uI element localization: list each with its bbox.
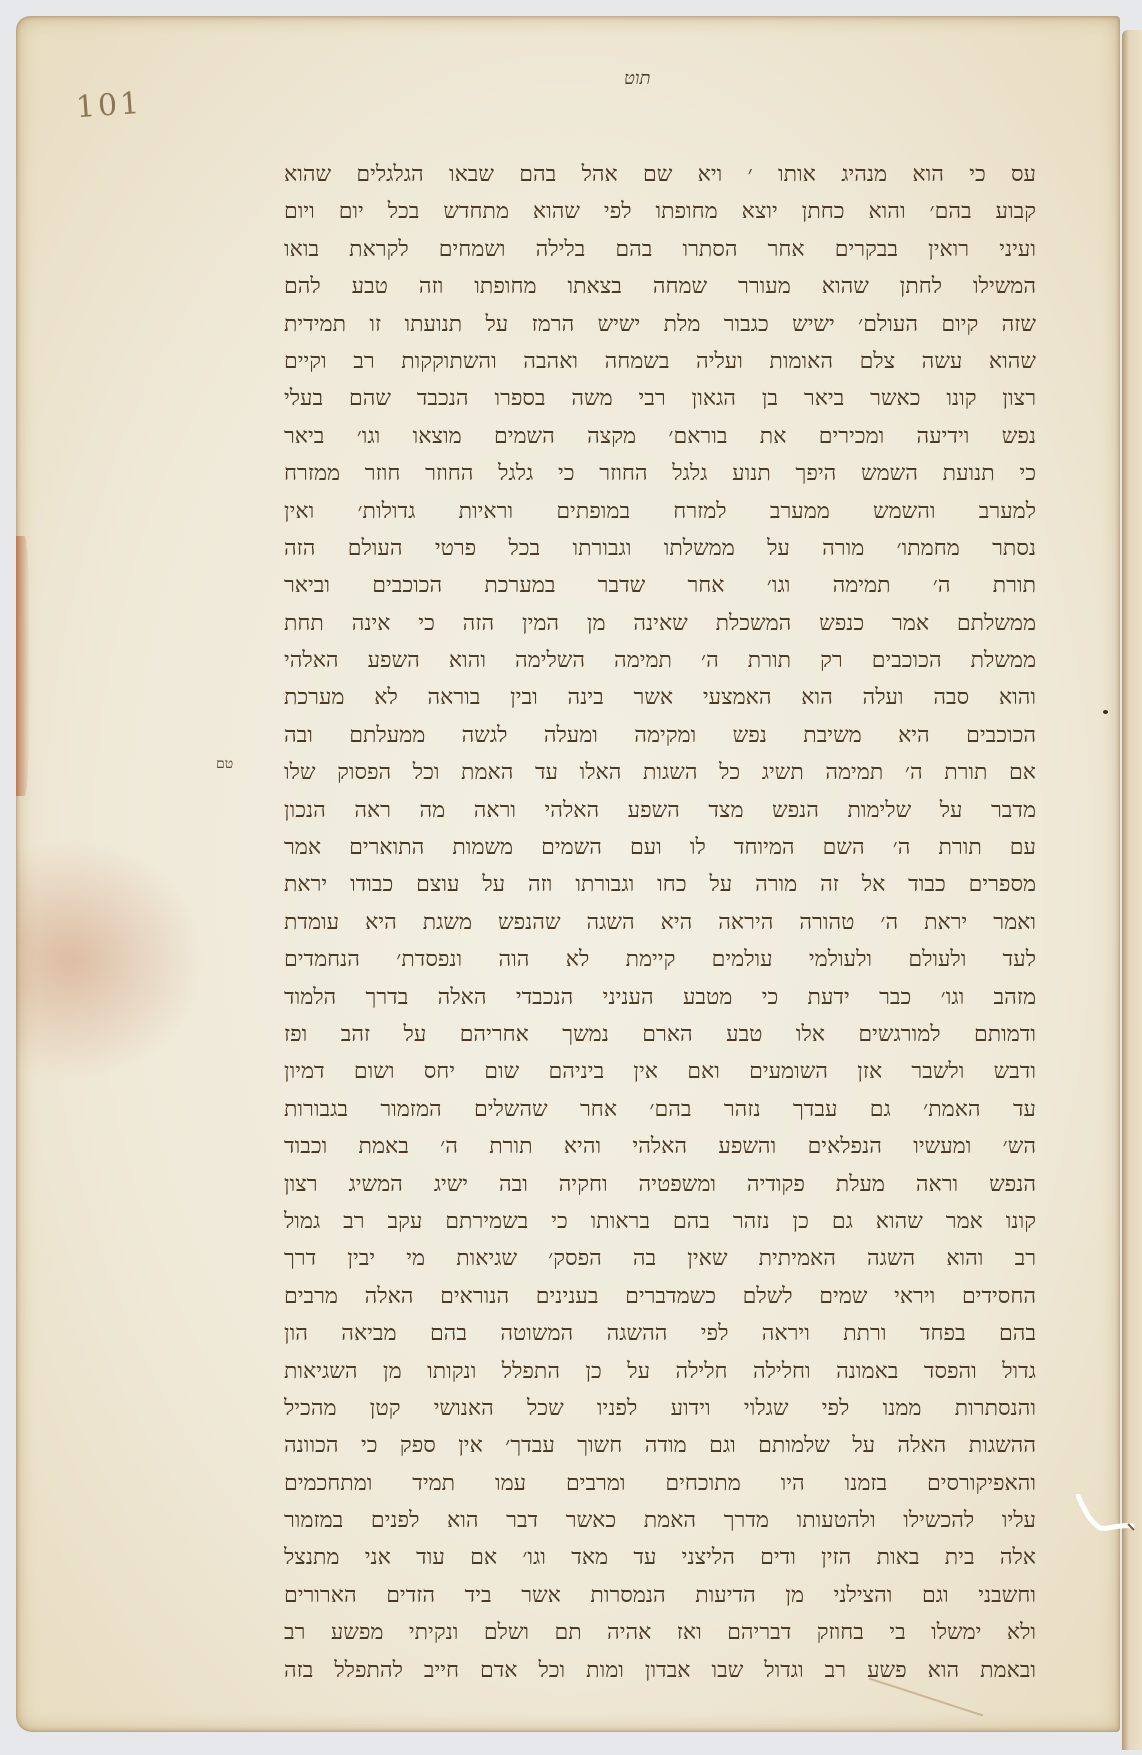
manuscript-line: ממשלתם אמר כנפש המשכלת שאינה מן המין הזה… <box>284 605 1036 642</box>
manuscript-line: קונו אמר שהוא גם כן נזהר בהם בראותו כי ב… <box>284 1203 1036 1240</box>
manuscript-line: עס כי הוא מנהיג אותו ׳ ויא שם אהל בהם שב… <box>284 156 1036 193</box>
manuscript-line: מזהב וגו׳ כבר ידעת כי מטבע העניני הנכבדי… <box>284 979 1036 1016</box>
manuscript-line: עד האמת׳ גם עבדך נזהר בהם׳ אחר שהשלים המ… <box>284 1091 1036 1128</box>
manuscript-scan: 101 תוט טם עס כי הוא מנהיג אותו ׳ ויא שם… <box>0 0 1142 1755</box>
manuscript-line: נסתר מחמתו׳ מורה על ממשלתו וגבורתו בכל פ… <box>284 530 1036 567</box>
manuscript-line: נפש וידיעה ומכירים את בוראם׳ מקצה השמים … <box>284 418 1036 455</box>
manuscript-line: ועיני רואין בבקרים אחר הסתרו בהם בלילה ו… <box>284 231 1036 268</box>
manuscript-line: וחשבני וגם והצילני מן הדיעות הנמסרות אשר… <box>284 1577 1036 1614</box>
margin-ink-dot <box>1103 710 1108 714</box>
manuscript-line: קבוע בהם׳ והוא כחתן יוצא מחופתו לפי שהוא… <box>284 193 1036 230</box>
manuscript-line: אם תורת ה׳ תמימה תשיג כל השגות האלו עד ה… <box>284 754 1036 791</box>
binding-thread-icon <box>1076 1494 1136 1544</box>
manuscript-line: הש׳ ומעשיו הנפלאים והשפע האלהי והיא תורת… <box>284 1128 1036 1165</box>
manuscript-line: לעד ולעולם ולעולמי עולמים קיימת לא הוה ו… <box>284 941 1036 978</box>
manuscript-line: כי תנועת השמש היפך תנוע גלגל החוזר כי גל… <box>284 455 1036 492</box>
manuscript-line: ובאמת הוא פשע רב וגדול שבו אבדון ומות וכ… <box>284 1652 1036 1689</box>
manuscript-line: עליו להכשילו ולהטעותו מדרך האמת כאשר דבר… <box>284 1502 1036 1539</box>
manuscript-line: הנפש וראה מעלת פקודיה ומשפטיה וחקיה ובה … <box>284 1166 1036 1203</box>
manuscript-line: ולא ימשלו בי בחוזק דבריהם ואז אהיה תם וש… <box>284 1614 1036 1651</box>
manuscript-line: ואמר יראת ה׳ טהורה היראה היא השגה שהנפש … <box>284 904 1036 941</box>
folio-number: 101 <box>75 86 144 126</box>
manuscript-line: והנסתרות ממנו לפי שגלוי וידוע לפניו שכל … <box>284 1390 1036 1427</box>
manuscript-line: למערב והשמש ממערב למזרח במופתים וראיות ג… <box>284 493 1036 530</box>
manuscript-line: ודמותם למורגשים אלו טבע הארם נמשך אחריהם… <box>284 1016 1036 1053</box>
manuscript-line: אלה בית באות הזין ודים הליצני עד מאד וגו… <box>284 1539 1036 1576</box>
manuscript-line: רצון קונו כאשר ביאר בן הגאון רבי משה בספ… <box>284 380 1036 417</box>
manuscript-line: החסידים ויראי שמים לשלם כשמדברים בענינים… <box>284 1278 1036 1315</box>
manuscript-line: והוא סבה ועלה הוא האמצעי אשר בינה ובין ב… <box>284 679 1036 716</box>
marginal-note: טם <box>216 756 233 773</box>
manuscript-line: בהם בפחד ורתת ויראה לפי ההשגה המשוטה בהם… <box>284 1315 1036 1352</box>
manuscript-line: והאפיקורסים בזמנו היו מתוכחים ומרבים עמו… <box>284 1465 1036 1502</box>
manuscript-line: שזה קיום העולם׳ ישיש כגבור מלת ישיש הרמז… <box>284 306 1036 343</box>
manuscript-line: ודבש ולשבר אזן השומעים ואם אין ביניהם שו… <box>284 1053 1036 1090</box>
adjacent-leaf-edge <box>1122 30 1142 1750</box>
manuscript-line: רב והוא השגה האמיתית שאין בה הפסק׳ שגיאו… <box>284 1240 1036 1277</box>
manuscript-line: ההשגות האלה על שלמותם וגם מודה חשוך עבדך… <box>284 1427 1036 1464</box>
manuscript-line: תורת ה׳ תמימה וגו׳ אחר שדבר במערכת הכוכב… <box>284 567 1036 604</box>
manuscript-line: המשילו לחתן שהוא מעורר שמחה בצאתו מחופתו… <box>284 268 1036 305</box>
manuscript-line: מספרים כבוד אל זה מורה על כחו וגבורתו וז… <box>284 866 1036 903</box>
running-head: תוט <box>624 68 650 89</box>
manuscript-line: שהוא עשה צלם האומות ועליה בשמחה ואהבה וה… <box>284 343 1036 380</box>
manuscript-line: עם תורת ה׳ השם המיוחד לו ועם השמים משמות… <box>284 829 1036 866</box>
manuscript-line: ממשלת הכוכבים רק תורת ה׳ תמימה השלימה וה… <box>284 642 1036 679</box>
manuscript-line: גדול והפסד באמונה וחלילה חלילה על כן התפ… <box>284 1353 1036 1390</box>
manuscript-line: הכוכבים היא משיבת נפש ומקימה ומעלה לגשה … <box>284 717 1036 754</box>
manuscript-page: 101 תוט טם עס כי הוא מנהיג אותו ׳ ויא שם… <box>16 16 1120 1732</box>
manuscript-line: מדבר על שלימות הנפש מצד השפע האלהי וראה … <box>284 792 1036 829</box>
main-text-block: עס כי הוא מנהיג אותו ׳ ויא שם אהל בהם שב… <box>284 156 1036 1689</box>
